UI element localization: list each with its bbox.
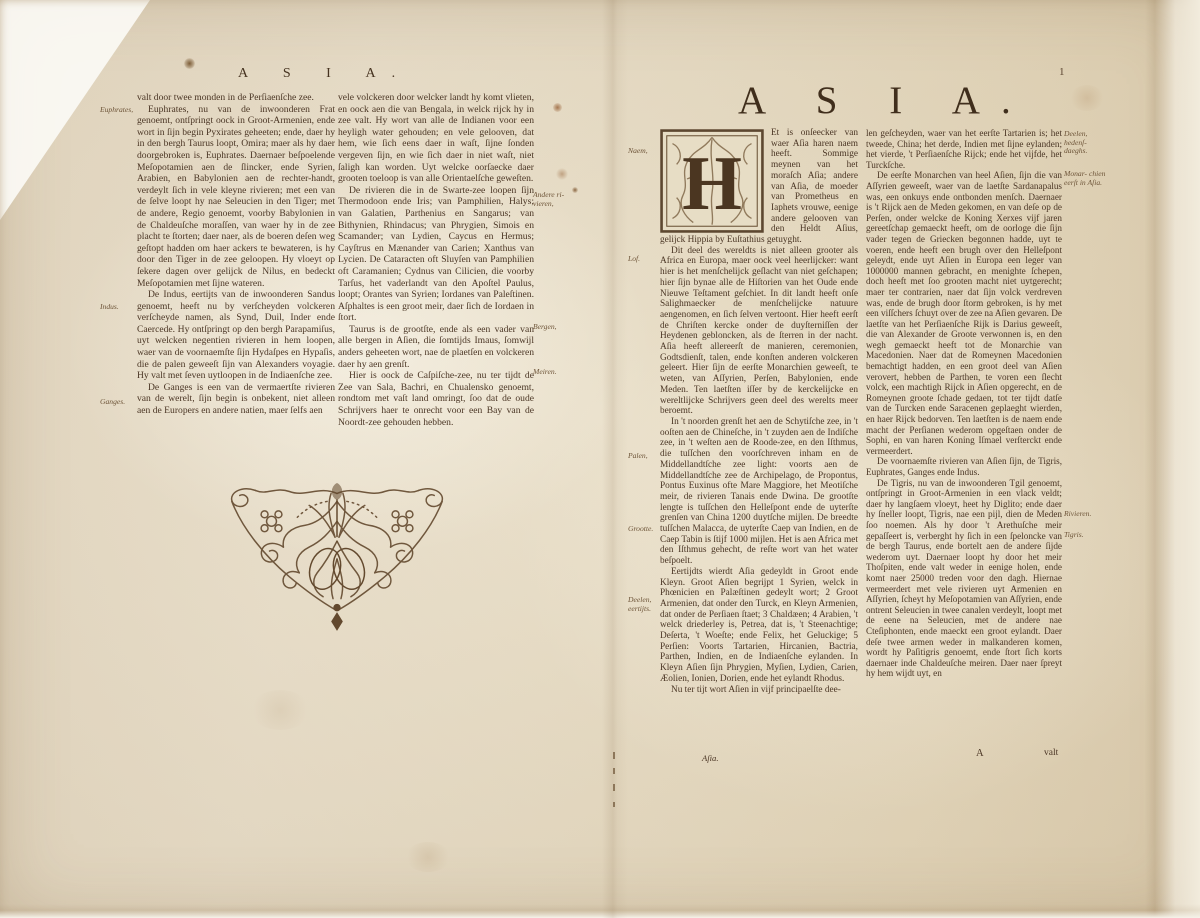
paragraph: Euphrates, nu van de inwoonderen Frat ge…	[137, 104, 335, 290]
drop-cap-initial-H: H	[660, 129, 764, 233]
paragraph: vele volckeren door welcker landt hy kom…	[338, 92, 534, 185]
paragraph: Dit deel des wereldts is niet alleen gro…	[660, 246, 858, 417]
margin-note: Grootte.	[628, 525, 660, 534]
left-page-column-1: valt door twee monden in de Perſiaenſche…	[137, 92, 335, 417]
left-page-margin-notes-inner: Andere ri- vieren,Bergen,Meiren.	[533, 0, 579, 918]
margin-note: Bergen,	[533, 323, 579, 332]
tailpiece-ornament	[208, 481, 466, 631]
binding-stitch	[613, 752, 615, 759]
margin-note: Indus.	[100, 303, 136, 312]
left-page-column-2: vele volckeren door welcker landt hy kom…	[338, 92, 534, 428]
margin-note: Deelen, eertijts.	[628, 596, 660, 613]
margin-note: Deelen, hedenſ- daeghs.	[1064, 130, 1108, 156]
paragraph: len geſcheyden, waer van het eerſte Tart…	[866, 128, 1062, 170]
paper-right-deckle-edge	[1145, 0, 1200, 918]
paragraph: In 't noorden grenſt het aen de Schytiſc…	[660, 417, 858, 567]
paragraph: Hier is oock de Caſpiſche-zee, nu ter ti…	[338, 370, 534, 428]
margin-note: Naem,	[628, 147, 660, 156]
paragraph: De Ganges is een van de vermaertſte rivi…	[137, 382, 335, 417]
margin-note: Andere ri- vieren,	[533, 191, 579, 208]
foxing-spot	[250, 690, 310, 730]
margin-note: Rivieren.	[1064, 510, 1108, 519]
paragraph: De voornaemſte rivieren van Aſien ſijn, …	[866, 456, 1062, 477]
paragraph: Taurus is de grootſte, ende als een vade…	[338, 324, 534, 370]
center-fold	[602, 0, 628, 918]
left-page-margin-notes-outer: Euphrates,Indus.Ganges.	[100, 0, 136, 918]
binding-stitch	[613, 784, 615, 791]
paragraph: Nu ter tijt wort Aſien in vijf principae…	[660, 685, 858, 696]
right-page-column-2: len geſcheyden, waer van het eerſte Tart…	[866, 128, 1062, 679]
right-page-margin-notes-inner: Naem,Lof.Palen,Grootte.Deelen, eertijts.	[628, 0, 660, 918]
signature-mark: A	[976, 748, 984, 759]
margin-note: Lof.	[628, 255, 660, 264]
margin-note: Palen,	[628, 452, 660, 461]
right-page-margin-notes-outer: Deelen, hedenſ- daeghs.Monar- chien eerſ…	[1064, 0, 1108, 918]
margin-note: Tigris.	[1064, 531, 1108, 540]
paragraph: De rivieren die in de Swarte-zee loopen …	[338, 185, 534, 324]
binding-stitch	[613, 802, 615, 807]
paragraph: De eerſte Monarchen van heel Aſien, ſijn…	[866, 170, 1062, 456]
scanned-book-spread: A S I A. valt door twee monden in de Per…	[0, 0, 1200, 918]
ink-stain	[184, 58, 195, 69]
foxing-spot	[405, 842, 451, 872]
margin-note: Monar- chien eerſt in Aſia.	[1064, 170, 1108, 187]
binding-stitch	[613, 768, 615, 774]
running-head-left: A S I A.	[238, 66, 411, 82]
margin-note: Ganges.	[100, 398, 136, 407]
paragraph: De Indus, eertijts van de inwoonderen Sa…	[137, 289, 335, 382]
paper-bottom-edge	[0, 904, 1200, 918]
svg-text:H: H	[682, 140, 742, 226]
catchword-column2: valt	[1044, 748, 1058, 758]
paragraph: De Tigris, nu van de inwoonderen Tgil ge…	[866, 478, 1062, 679]
right-page-column-1: H Et is onſeecker van waer Aſia haren na…	[660, 128, 858, 695]
page-title: A S I A.	[738, 78, 1032, 123]
paragraph: Eertijdts wierdt Aſia gedeyldt in Groot …	[660, 567, 858, 685]
margin-note: Meiren.	[533, 368, 579, 377]
paragraph: valt door twee monden in de Perſiaenſche…	[137, 92, 335, 104]
catchword-column1: Aſia.	[702, 753, 718, 763]
margin-note: Euphrates,	[100, 106, 136, 115]
